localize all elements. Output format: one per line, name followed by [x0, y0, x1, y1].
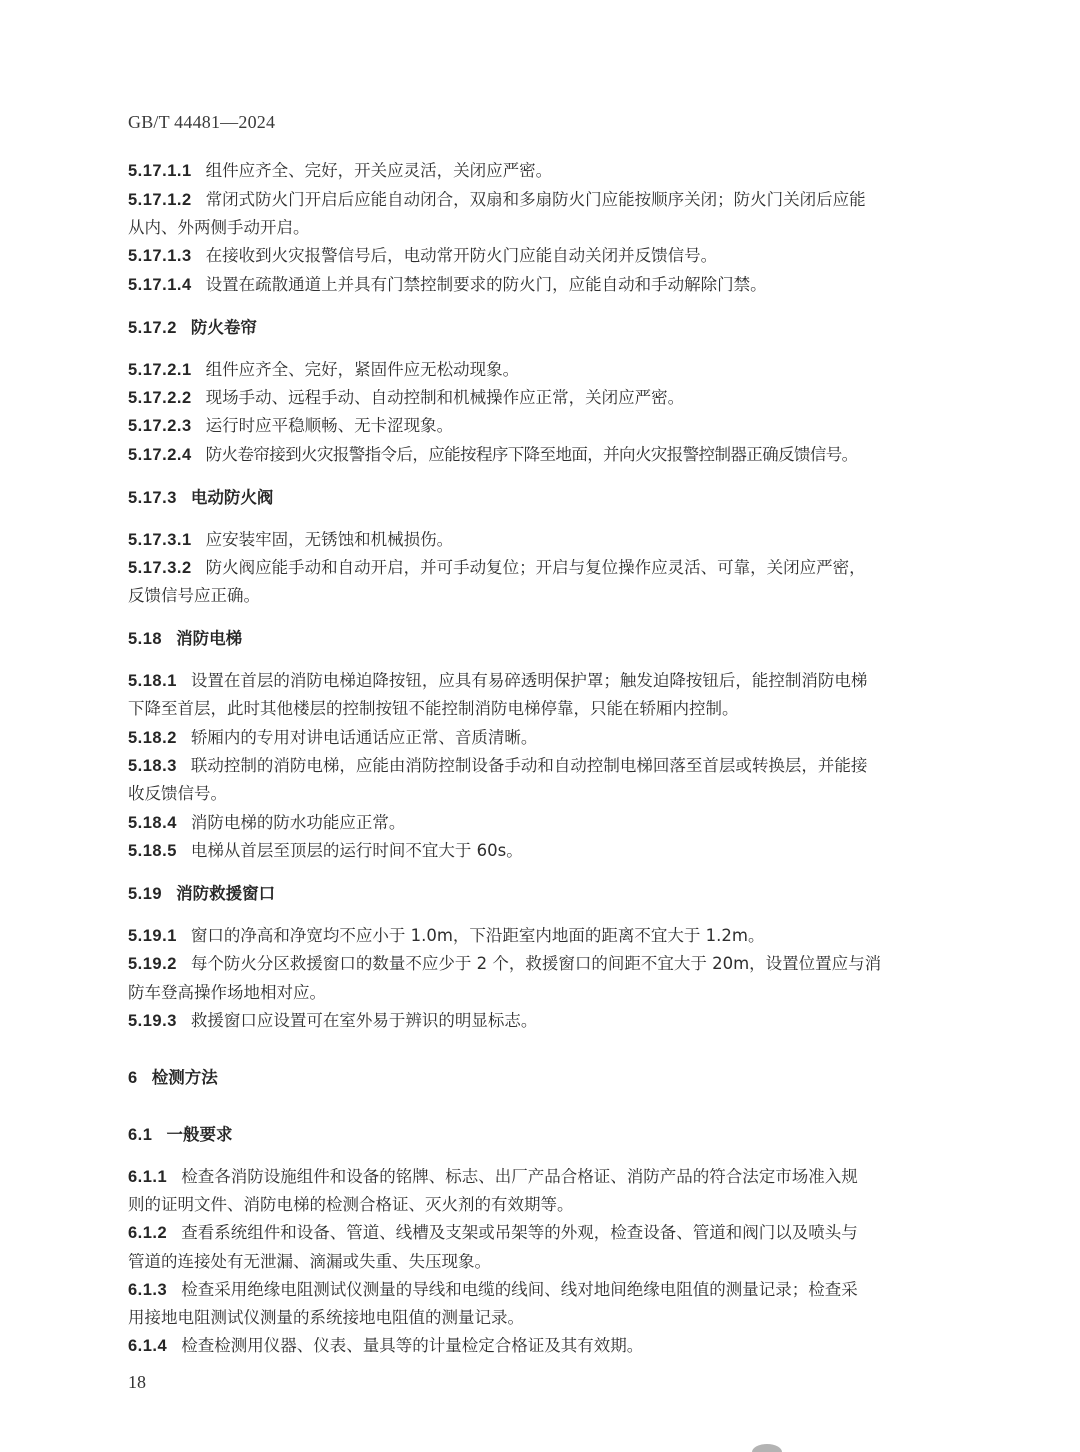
clause-5-17-1-1: 5.17.1.1组件应齐全、完好，开关应灵活，关闭应严密。: [128, 160, 978, 182]
clause-5-18-4: 5.18.4消防电梯的防水功能应正常。: [128, 812, 978, 834]
section-title: 消防电梯: [176, 629, 242, 648]
clause-text: 组件应齐全、完好，紧固件应无松动现象。: [206, 360, 520, 379]
clause-number: 5.17.1.4: [128, 274, 192, 296]
section-title: 电动防火阀: [191, 488, 274, 507]
clause-6-1-2: 6.1.2查看系统组件和设备、管道、线槽及支架或吊架等的外观，检查设备、管道和阀…: [128, 1222, 978, 1244]
clause-number: 5.17.2.3: [128, 415, 192, 437]
clause-5-18-5: 5.18.5电梯从首层至顶层的运行时间不宜大于 60s。: [128, 840, 978, 862]
section-title: 一般要求: [166, 1125, 232, 1144]
clause-number: 5.18.5: [128, 840, 177, 862]
clause-5-18-3: 5.18.3联动控制的消防电梯，应能由消防控制设备手动和自动控制电梯回落至首层或…: [128, 755, 978, 777]
section-heading-5-17-2: 5.17.2防火卷帘: [128, 317, 978, 339]
clause-number: 5.17.1.1: [128, 160, 192, 182]
clause-text: 每个防火分区救援窗口的数量不应少于 2 个，救援窗口的间距不宜大于 20m，设置…: [191, 954, 881, 973]
clause-text: 在接收到火灾报警信号后，电动常开防火门应能自动关闭并反馈信号。: [206, 246, 718, 265]
section-heading-5-17-3: 5.17.3电动防火阀: [128, 487, 978, 509]
clause-5-19-3: 5.19.3救援窗口应设置可在室外易于辨识的明显标志。: [128, 1010, 978, 1032]
chapter-title: 检测方法: [152, 1068, 218, 1087]
clause-number: 5.19.1: [128, 925, 177, 947]
section-title: 消防救援窗口: [176, 884, 275, 903]
clause-text: 电梯从首层至顶层的运行时间不宜大于 60s。: [191, 841, 523, 860]
clause-5-17-3-2-cont: 反馈信号应正确。: [128, 585, 978, 607]
clause-number: 6.1.1: [128, 1166, 167, 1188]
page-number: 18: [128, 1372, 146, 1393]
clause-number: 6.1.3: [128, 1279, 167, 1301]
clause-number: 5.17.2.2: [128, 387, 192, 409]
clause-text: 检查各消防设施组件和设备的铭牌、标志、出厂产品合格证、消防产品的符合法定市场准入…: [181, 1167, 858, 1186]
clause-number: 5.17.2.4: [128, 444, 192, 466]
clause-6-1-1: 6.1.1检查各消防设施组件和设备的铭牌、标志、出厂产品合格证、消防产品的符合法…: [128, 1166, 978, 1188]
clause-text: 救援窗口应设置可在室外易于辨识的明显标志。: [191, 1011, 538, 1030]
clause-5-17-2-2: 5.17.2.2现场手动、远程手动、自动控制和机械操作应正常，关闭应严密。: [128, 387, 978, 409]
clause-text: 防火阀应能手动和自动开启，并可手动复位；开启与复位操作应灵活、可靠，关闭应严密，: [206, 558, 866, 577]
clause-5-17-1-2-cont: 从内、外两侧手动开启。: [128, 217, 978, 239]
section-number: 5.17.2: [128, 317, 177, 339]
clause-5-17-1-3: 5.17.1.3在接收到火灾报警信号后，电动常开防火门应能自动关闭并反馈信号。: [128, 245, 978, 267]
section-number: 5.18: [128, 628, 162, 650]
clause-6-1-4: 6.1.4检查检测用仪器、仪表、量具等的计量检定合格证及其有效期。: [128, 1335, 978, 1357]
clause-text: 运行时应平稳顺畅、无卡涩现象。: [206, 416, 454, 435]
section-heading-5-19: 5.19消防救援窗口: [128, 883, 978, 905]
clause-text: 查看系统组件和设备、管道、线槽及支架或吊架等的外观，检查设备、管道和阀门以及喷头…: [181, 1223, 858, 1242]
clause-5-17-1-2: 5.17.1.2常闭式防火门开启后应能自动闭合，双扇和多扇防火门应能按顺序关闭；…: [128, 189, 978, 211]
clause-number: 5.17.1.3: [128, 245, 192, 267]
section-number: 5.17.3: [128, 487, 177, 509]
clause-5-17-1-4: 5.17.1.4设置在疏散通道上并具有门禁控制要求的防火门，应能自动和手动解除门…: [128, 274, 978, 296]
clause-text: 消防电梯的防水功能应正常。: [191, 813, 406, 832]
clause-number: 5.17.1.2: [128, 189, 192, 211]
clause-number: 5.18.3: [128, 755, 177, 777]
clause-6-1-1-cont: 则的证明文件、消防电梯的检测合格证、灭火剂的有效期等。: [128, 1194, 978, 1216]
clause-6-1-3-cont: 用接地电阻测试仪测量的系统接地电阻值的测量记录。: [128, 1307, 978, 1329]
clause-5-19-2-cont: 防车登高操作场地相对应。: [128, 982, 978, 1004]
standard-code-header: GB/T 44481—2024: [128, 112, 275, 133]
clause-number: 5.17.3.1: [128, 529, 192, 551]
section-heading-5-18: 5.18消防电梯: [128, 628, 978, 650]
clause-5-17-2-1: 5.17.2.1组件应齐全、完好，紧固件应无松动现象。: [128, 359, 978, 381]
clause-5-18-1-cont: 下降至首层，此时其他楼层的控制按钮不能控制消防电梯停靠，只能在轿厢内控制。: [128, 698, 978, 720]
document-page: GB/T 44481—2024 5.17.1.1组件应齐全、完好，开关应灵活，关…: [0, 0, 1080, 1452]
clause-number: 5.19.2: [128, 953, 177, 975]
clause-number: 5.19.3: [128, 1010, 177, 1032]
clause-text: 联动控制的消防电梯，应能由消防控制设备手动和自动控制电梯回落至首层或转换层，并能…: [191, 756, 868, 775]
section-heading-6-1: 6.1一般要求: [128, 1124, 978, 1146]
clause-text: 设置在首层的消防电梯迫降按钮，应具有易碎透明保护罩；触发迫降按钮后，能控制消防电…: [191, 671, 868, 690]
scroll-indicator-shape: [752, 1444, 782, 1452]
clause-6-1-2-cont: 管道的连接处有无泄漏、滴漏或失重、失压现象。: [128, 1251, 978, 1273]
clause-5-19-2: 5.19.2每个防火分区救援窗口的数量不应少于 2 个，救援窗口的间距不宜大于 …: [128, 953, 978, 975]
clause-text: 应安装牢固，无锈蚀和机械损伤。: [206, 530, 454, 549]
clause-5-17-2-4: 5.17.2.4防火卷帘接到火灾报警指令后，应能按程序下降至地面，并向火灾报警控…: [128, 444, 978, 466]
chapter-number: 6: [128, 1067, 138, 1089]
clause-5-17-3-2: 5.17.3.2防火阀应能手动和自动开启，并可手动复位；开启与复位操作应灵活、可…: [128, 557, 978, 579]
section-number: 5.19: [128, 883, 162, 905]
clause-text: 防火卷帘接到火灾报警指令后，应能按程序下降至地面，并向火灾报警控制器正确反馈信号…: [206, 445, 858, 464]
clause-text: 轿厢内的专用对讲电话通话应正常、音质清晰。: [191, 728, 538, 747]
section-title: 防火卷帘: [191, 318, 257, 337]
clause-6-1-3: 6.1.3检查采用绝缘电阻测试仪测量的导线和电缆的线间、线对地间绝缘电阻值的测量…: [128, 1279, 978, 1301]
clause-text: 窗口的净高和净宽均不应小于 1.0m，下沿距室内地面的距离不宜大于 1.2m。: [191, 926, 765, 945]
clause-5-17-2-3: 5.17.2.3运行时应平稳顺畅、无卡涩现象。: [128, 415, 978, 437]
clause-5-18-3-cont: 收反馈信号。: [128, 783, 978, 805]
section-number: 6.1: [128, 1124, 152, 1146]
clause-5-18-1: 5.18.1设置在首层的消防电梯迫降按钮，应具有易碎透明保护罩；触发迫降按钮后，…: [128, 670, 978, 692]
clause-text: 检查检测用仪器、仪表、量具等的计量检定合格证及其有效期。: [181, 1336, 643, 1355]
clause-text: 常闭式防火门开启后应能自动闭合，双扇和多扇防火门应能按顺序关闭；防火门关闭后应能: [206, 190, 866, 209]
clause-number: 6.1.4: [128, 1335, 167, 1357]
clause-5-19-1: 5.19.1窗口的净高和净宽均不应小于 1.0m，下沿距室内地面的距离不宜大于 …: [128, 925, 978, 947]
clause-text: 组件应齐全、完好，开关应灵活，关闭应严密。: [206, 161, 553, 180]
clause-number: 5.17.3.2: [128, 557, 192, 579]
clause-text: 现场手动、远程手动、自动控制和机械操作应正常，关闭应严密。: [206, 388, 685, 407]
clause-number: 5.18.4: [128, 812, 177, 834]
clause-number: 5.18.1: [128, 670, 177, 692]
clause-number: 5.18.2: [128, 727, 177, 749]
clause-text: 检查采用绝缘电阻测试仪测量的导线和电缆的线间、线对地间绝缘电阻值的测量记录；检查…: [181, 1280, 858, 1299]
clause-5-18-2: 5.18.2轿厢内的专用对讲电话通话应正常、音质清晰。: [128, 727, 978, 749]
clause-number: 5.17.2.1: [128, 359, 192, 381]
clause-number: 6.1.2: [128, 1222, 167, 1244]
chapter-heading-6: 6检测方法: [128, 1067, 978, 1089]
clause-text: 设置在疏散通道上并具有门禁控制要求的防火门，应能自动和手动解除门禁。: [206, 275, 767, 294]
clause-5-17-3-1: 5.17.3.1应安装牢固，无锈蚀和机械损伤。: [128, 529, 978, 551]
